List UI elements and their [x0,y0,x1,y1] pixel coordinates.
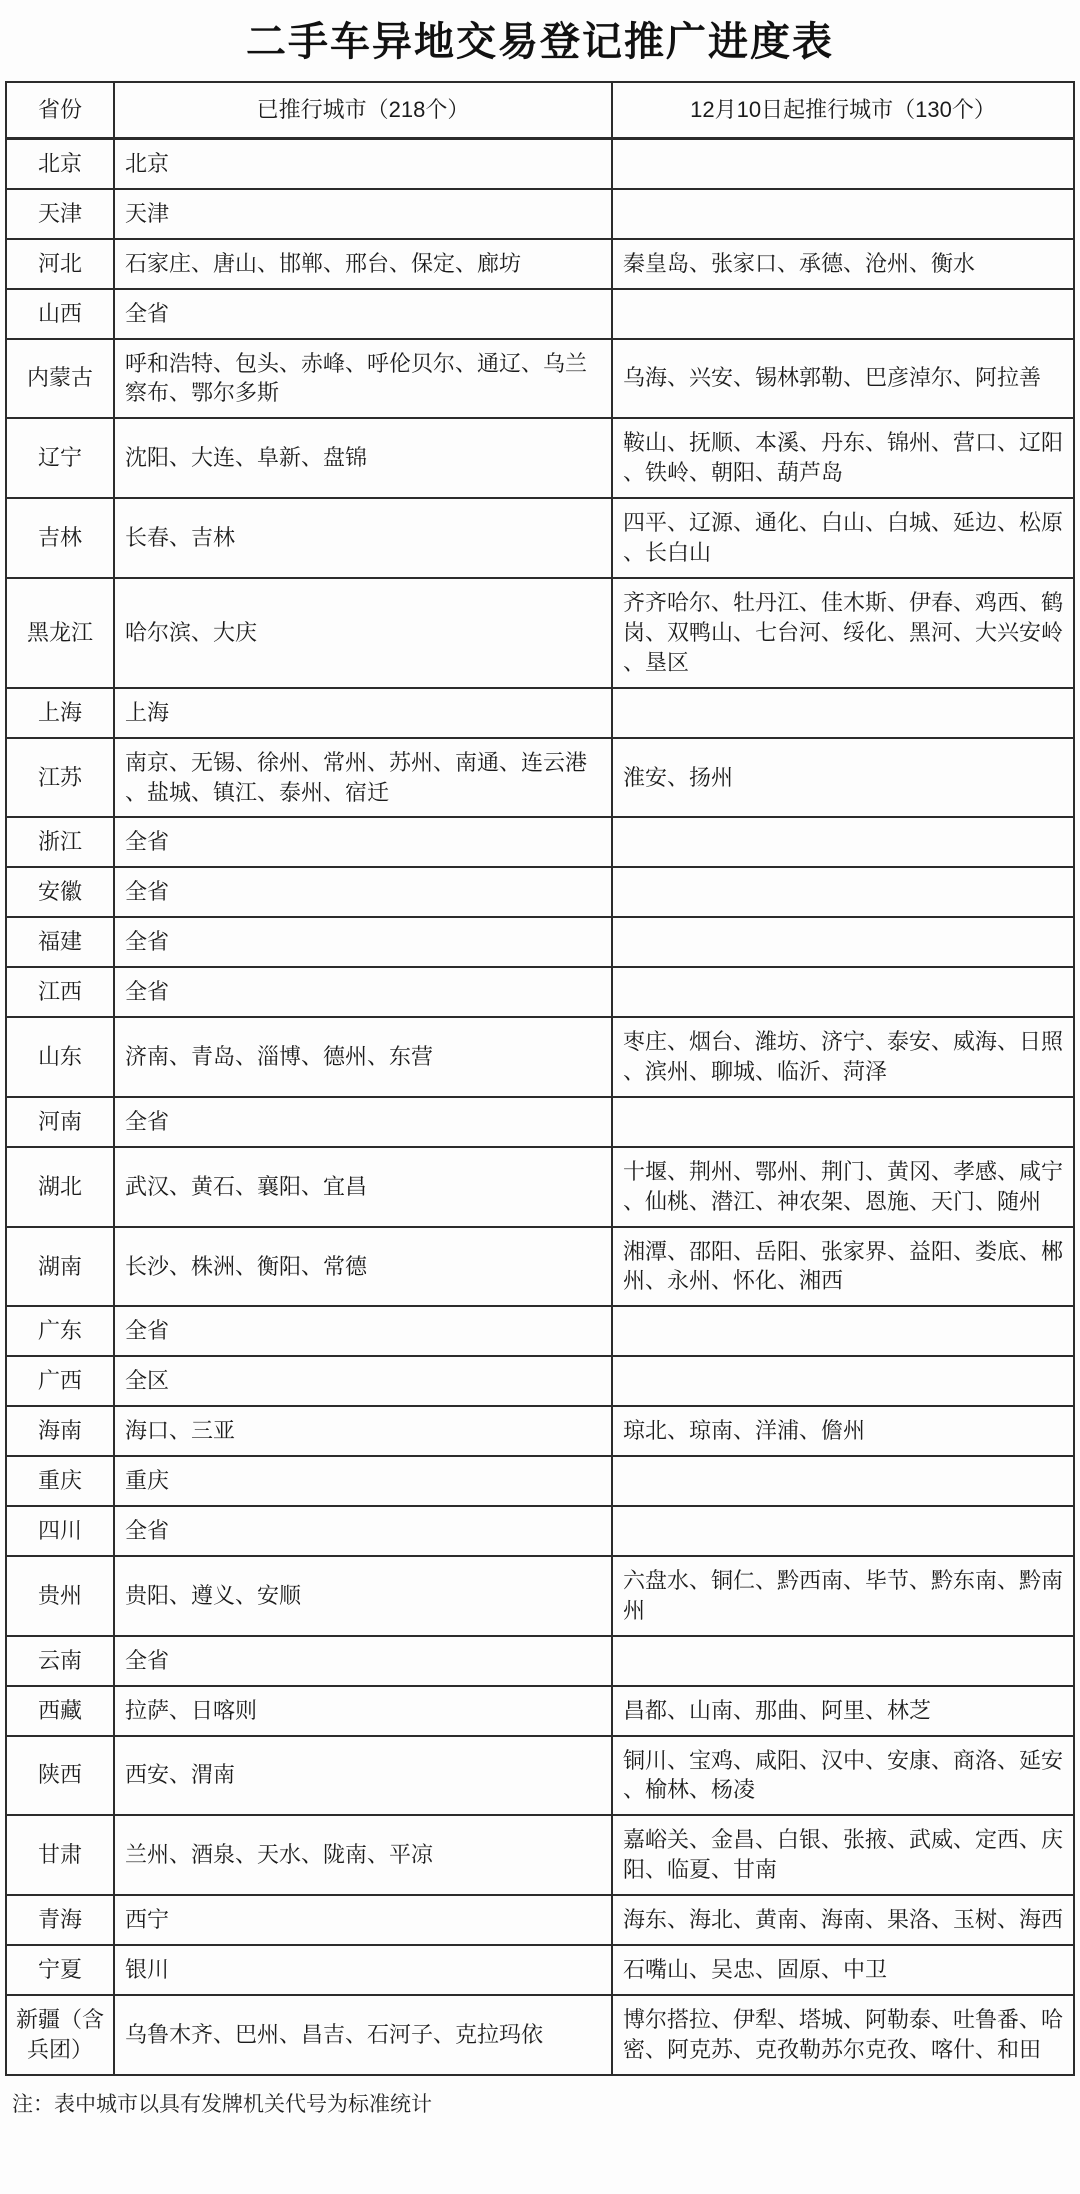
province-cell: 广东 [6,1306,114,1356]
implemented-cities-cell: 呼和浩特、包头、赤峰、呼伦贝尔、通辽、乌兰察布、鄂尔多斯 [114,339,612,419]
implemented-cities-cell: 全省 [114,289,612,339]
table-row: 福建全省 [6,917,1074,967]
table-row: 江苏南京、无锡、徐州、常州、苏州、南通、连云港、盐城、镇江、泰州、宿迁淮安、扬州 [6,738,1074,818]
col-header-implemented-cities: 已推行城市（218个） [114,82,612,138]
upcoming-cities-cell: 淮安、扬州 [612,738,1074,818]
table-row: 新疆（含兵团）乌鲁木齐、巴州、昌吉、石河子、克拉玛依博尔搭拉、伊犁、塔城、阿勒泰… [6,1995,1074,2075]
footer-note: 注：表中城市以具有发牌机关代号为标准统计 [0,2076,1080,2118]
province-cell: 新疆（含兵团） [6,1995,114,2075]
implemented-cities-cell: 石家庄、唐山、邯郸、邢台、保定、廊坊 [114,239,612,289]
province-cell: 山东 [6,1017,114,1097]
province-cell: 河北 [6,239,114,289]
province-cell: 重庆 [6,1456,114,1506]
upcoming-cities-cell [612,1356,1074,1406]
province-cell: 湖南 [6,1227,114,1307]
progress-table: 省份 已推行城市（218个） 12月10日起推行城市（130个） 北京北京天津天… [5,81,1075,2076]
province-cell: 甘肃 [6,1815,114,1895]
table-row: 吉林长春、吉林四平、辽源、通化、白山、白城、延边、松原、长白山 [6,498,1074,578]
upcoming-cities-cell: 乌海、兴安、锡林郭勒、巴彦淖尔、阿拉善 [612,339,1074,419]
upcoming-cities-cell [612,867,1074,917]
table-row: 陕西西安、渭南铜川、宝鸡、咸阳、汉中、安康、商洛、延安、榆林、杨凌 [6,1736,1074,1816]
table-row: 广西全区 [6,1356,1074,1406]
implemented-cities-cell: 长沙、株洲、衡阳、常德 [114,1227,612,1307]
table-row: 湖北武汉、黄石、襄阳、宜昌十堰、荆州、鄂州、荆门、黄冈、孝感、咸宁、仙桃、潜江、… [6,1147,1074,1227]
province-cell: 云南 [6,1636,114,1686]
implemented-cities-cell: 哈尔滨、大庆 [114,578,612,688]
province-cell: 山西 [6,289,114,339]
col-header-province: 省份 [6,82,114,138]
implemented-cities-cell: 全省 [114,867,612,917]
implemented-cities-cell: 全省 [114,967,612,1017]
province-cell: 安徽 [6,867,114,917]
implemented-cities-cell: 全省 [114,1636,612,1686]
implemented-cities-cell: 重庆 [114,1456,612,1506]
province-cell: 天津 [6,189,114,239]
table-row: 湖南长沙、株洲、衡阳、常德湘潭、邵阳、岳阳、张家界、益阳、娄底、郴州、永州、怀化… [6,1227,1074,1307]
implemented-cities-cell: 全省 [114,1306,612,1356]
implemented-cities-cell: 长春、吉林 [114,498,612,578]
upcoming-cities-cell: 海东、海北、黄南、海南、果洛、玉树、海西 [612,1895,1074,1945]
province-cell: 陕西 [6,1736,114,1816]
province-cell: 上海 [6,688,114,738]
upcoming-cities-cell [612,967,1074,1017]
table-row: 北京北京 [6,138,1074,188]
province-cell: 江苏 [6,738,114,818]
implemented-cities-cell: 南京、无锡、徐州、常州、苏州、南通、连云港、盐城、镇江、泰州、宿迁 [114,738,612,818]
province-cell: 吉林 [6,498,114,578]
table-row: 河北石家庄、唐山、邯郸、邢台、保定、廊坊秦皇岛、张家口、承德、沧州、衡水 [6,239,1074,289]
implemented-cities-cell: 济南、青岛、淄博、德州、东营 [114,1017,612,1097]
implemented-cities-cell: 西宁 [114,1895,612,1945]
implemented-cities-cell: 西安、渭南 [114,1736,612,1816]
upcoming-cities-cell [612,1097,1074,1147]
upcoming-cities-cell [612,1456,1074,1506]
province-cell: 贵州 [6,1556,114,1636]
table-row: 辽宁沈阳、大连、阜新、盘锦鞍山、抚顺、本溪、丹东、锦州、营口、辽阳、铁岭、朝阳、… [6,418,1074,498]
implemented-cities-cell: 北京 [114,138,612,188]
upcoming-cities-cell [612,1506,1074,1556]
upcoming-cities-cell: 十堰、荆州、鄂州、荆门、黄冈、孝感、咸宁、仙桃、潜江、神农架、恩施、天门、随州 [612,1147,1074,1227]
province-cell: 湖北 [6,1147,114,1227]
upcoming-cities-cell: 博尔搭拉、伊犁、塔城、阿勒泰、吐鲁番、哈密、阿克苏、克孜勒苏尔克孜、喀什、和田 [612,1995,1074,2075]
header-row: 省份 已推行城市（218个） 12月10日起推行城市（130个） [6,82,1074,138]
upcoming-cities-cell: 秦皇岛、张家口、承德、沧州、衡水 [612,239,1074,289]
table-row: 海南海口、三亚琼北、琼南、洋浦、儋州 [6,1406,1074,1456]
province-cell: 江西 [6,967,114,1017]
province-cell: 西藏 [6,1686,114,1736]
province-cell: 辽宁 [6,418,114,498]
table-row: 安徽全省 [6,867,1074,917]
implemented-cities-cell: 全省 [114,1506,612,1556]
page-title: 二手车异地交易登记推广进度表 [0,0,1080,81]
upcoming-cities-cell: 湘潭、邵阳、岳阳、张家界、益阳、娄底、郴州、永州、怀化、湘西 [612,1227,1074,1307]
upcoming-cities-cell [612,138,1074,188]
province-cell: 黑龙江 [6,578,114,688]
table-row: 河南全省 [6,1097,1074,1147]
upcoming-cities-cell: 嘉峪关、金昌、白银、张掖、武威、定西、庆阳、临夏、甘南 [612,1815,1074,1895]
upcoming-cities-cell [612,289,1074,339]
table-row: 西藏拉萨、日喀则昌都、山南、那曲、阿里、林芝 [6,1686,1074,1736]
province-cell: 广西 [6,1356,114,1406]
implemented-cities-cell: 沈阳、大连、阜新、盘锦 [114,418,612,498]
implemented-cities-cell: 武汉、黄石、襄阳、宜昌 [114,1147,612,1227]
implemented-cities-cell: 上海 [114,688,612,738]
col-header-upcoming-cities: 12月10日起推行城市（130个） [612,82,1074,138]
implemented-cities-cell: 全省 [114,917,612,967]
upcoming-cities-cell: 琼北、琼南、洋浦、儋州 [612,1406,1074,1456]
upcoming-cities-cell: 枣庄、烟台、潍坊、济宁、泰安、威海、日照、滨州、聊城、临沂、菏泽 [612,1017,1074,1097]
table-row: 上海上海 [6,688,1074,738]
implemented-cities-cell: 贵阳、遵义、安顺 [114,1556,612,1636]
table-row: 内蒙古呼和浩特、包头、赤峰、呼伦贝尔、通辽、乌兰察布、鄂尔多斯乌海、兴安、锡林郭… [6,339,1074,419]
implemented-cities-cell: 兰州、酒泉、天水、陇南、平凉 [114,1815,612,1895]
upcoming-cities-cell [612,1636,1074,1686]
upcoming-cities-cell [612,189,1074,239]
implemented-cities-cell: 全省 [114,817,612,867]
upcoming-cities-cell: 齐齐哈尔、牡丹江、佳木斯、伊春、鸡西、鹤岗、双鸭山、七台河、绥化、黑河、大兴安岭… [612,578,1074,688]
province-cell: 内蒙古 [6,339,114,419]
implemented-cities-cell: 乌鲁木齐、巴州、昌吉、石河子、克拉玛依 [114,1995,612,2075]
table-row: 宁夏银川石嘴山、吴忠、固原、中卫 [6,1945,1074,1995]
table-row: 江西全省 [6,967,1074,1017]
province-cell: 青海 [6,1895,114,1945]
province-cell: 浙江 [6,817,114,867]
table-row: 浙江全省 [6,817,1074,867]
province-cell: 河南 [6,1097,114,1147]
implemented-cities-cell: 全省 [114,1097,612,1147]
province-cell: 宁夏 [6,1945,114,1995]
upcoming-cities-cell: 昌都、山南、那曲、阿里、林芝 [612,1686,1074,1736]
upcoming-cities-cell [612,817,1074,867]
table-row: 甘肃兰州、酒泉、天水、陇南、平凉嘉峪关、金昌、白银、张掖、武威、定西、庆阳、临夏… [6,1815,1074,1895]
page: 二手车异地交易登记推广进度表 省份 已推行城市（218个） 12月10日起推行城… [0,0,1080,2194]
table-row: 山西全省 [6,289,1074,339]
province-cell: 海南 [6,1406,114,1456]
upcoming-cities-cell [612,917,1074,967]
table-row: 四川全省 [6,1506,1074,1556]
implemented-cities-cell: 拉萨、日喀则 [114,1686,612,1736]
implemented-cities-cell: 天津 [114,189,612,239]
upcoming-cities-cell: 六盘水、铜仁、黔西南、毕节、黔东南、黔南州 [612,1556,1074,1636]
table-row: 黑龙江哈尔滨、大庆齐齐哈尔、牡丹江、佳木斯、伊春、鸡西、鹤岗、双鸭山、七台河、绥… [6,578,1074,688]
table-row: 山东济南、青岛、淄博、德州、东营枣庄、烟台、潍坊、济宁、泰安、威海、日照、滨州、… [6,1017,1074,1097]
province-cell: 北京 [6,138,114,188]
implemented-cities-cell: 银川 [114,1945,612,1995]
implemented-cities-cell: 全区 [114,1356,612,1406]
upcoming-cities-cell: 鞍山、抚顺、本溪、丹东、锦州、营口、辽阳、铁岭、朝阳、葫芦岛 [612,418,1074,498]
table-row: 广东全省 [6,1306,1074,1356]
table-row: 贵州贵阳、遵义、安顺六盘水、铜仁、黔西南、毕节、黔东南、黔南州 [6,1556,1074,1636]
upcoming-cities-cell [612,688,1074,738]
upcoming-cities-cell [612,1306,1074,1356]
table-row: 云南全省 [6,1636,1074,1686]
province-cell: 四川 [6,1506,114,1556]
province-cell: 福建 [6,917,114,967]
upcoming-cities-cell: 铜川、宝鸡、咸阳、汉中、安康、商洛、延安、榆林、杨凌 [612,1736,1074,1816]
upcoming-cities-cell: 石嘴山、吴忠、固原、中卫 [612,1945,1074,1995]
upcoming-cities-cell: 四平、辽源、通化、白山、白城、延边、松原、长白山 [612,498,1074,578]
table-body: 北京北京天津天津河北石家庄、唐山、邯郸、邢台、保定、廊坊秦皇岛、张家口、承德、沧… [6,138,1074,2074]
table-row: 青海西宁海东、海北、黄南、海南、果洛、玉树、海西 [6,1895,1074,1945]
table-row: 天津天津 [6,189,1074,239]
table-row: 重庆重庆 [6,1456,1074,1506]
implemented-cities-cell: 海口、三亚 [114,1406,612,1456]
